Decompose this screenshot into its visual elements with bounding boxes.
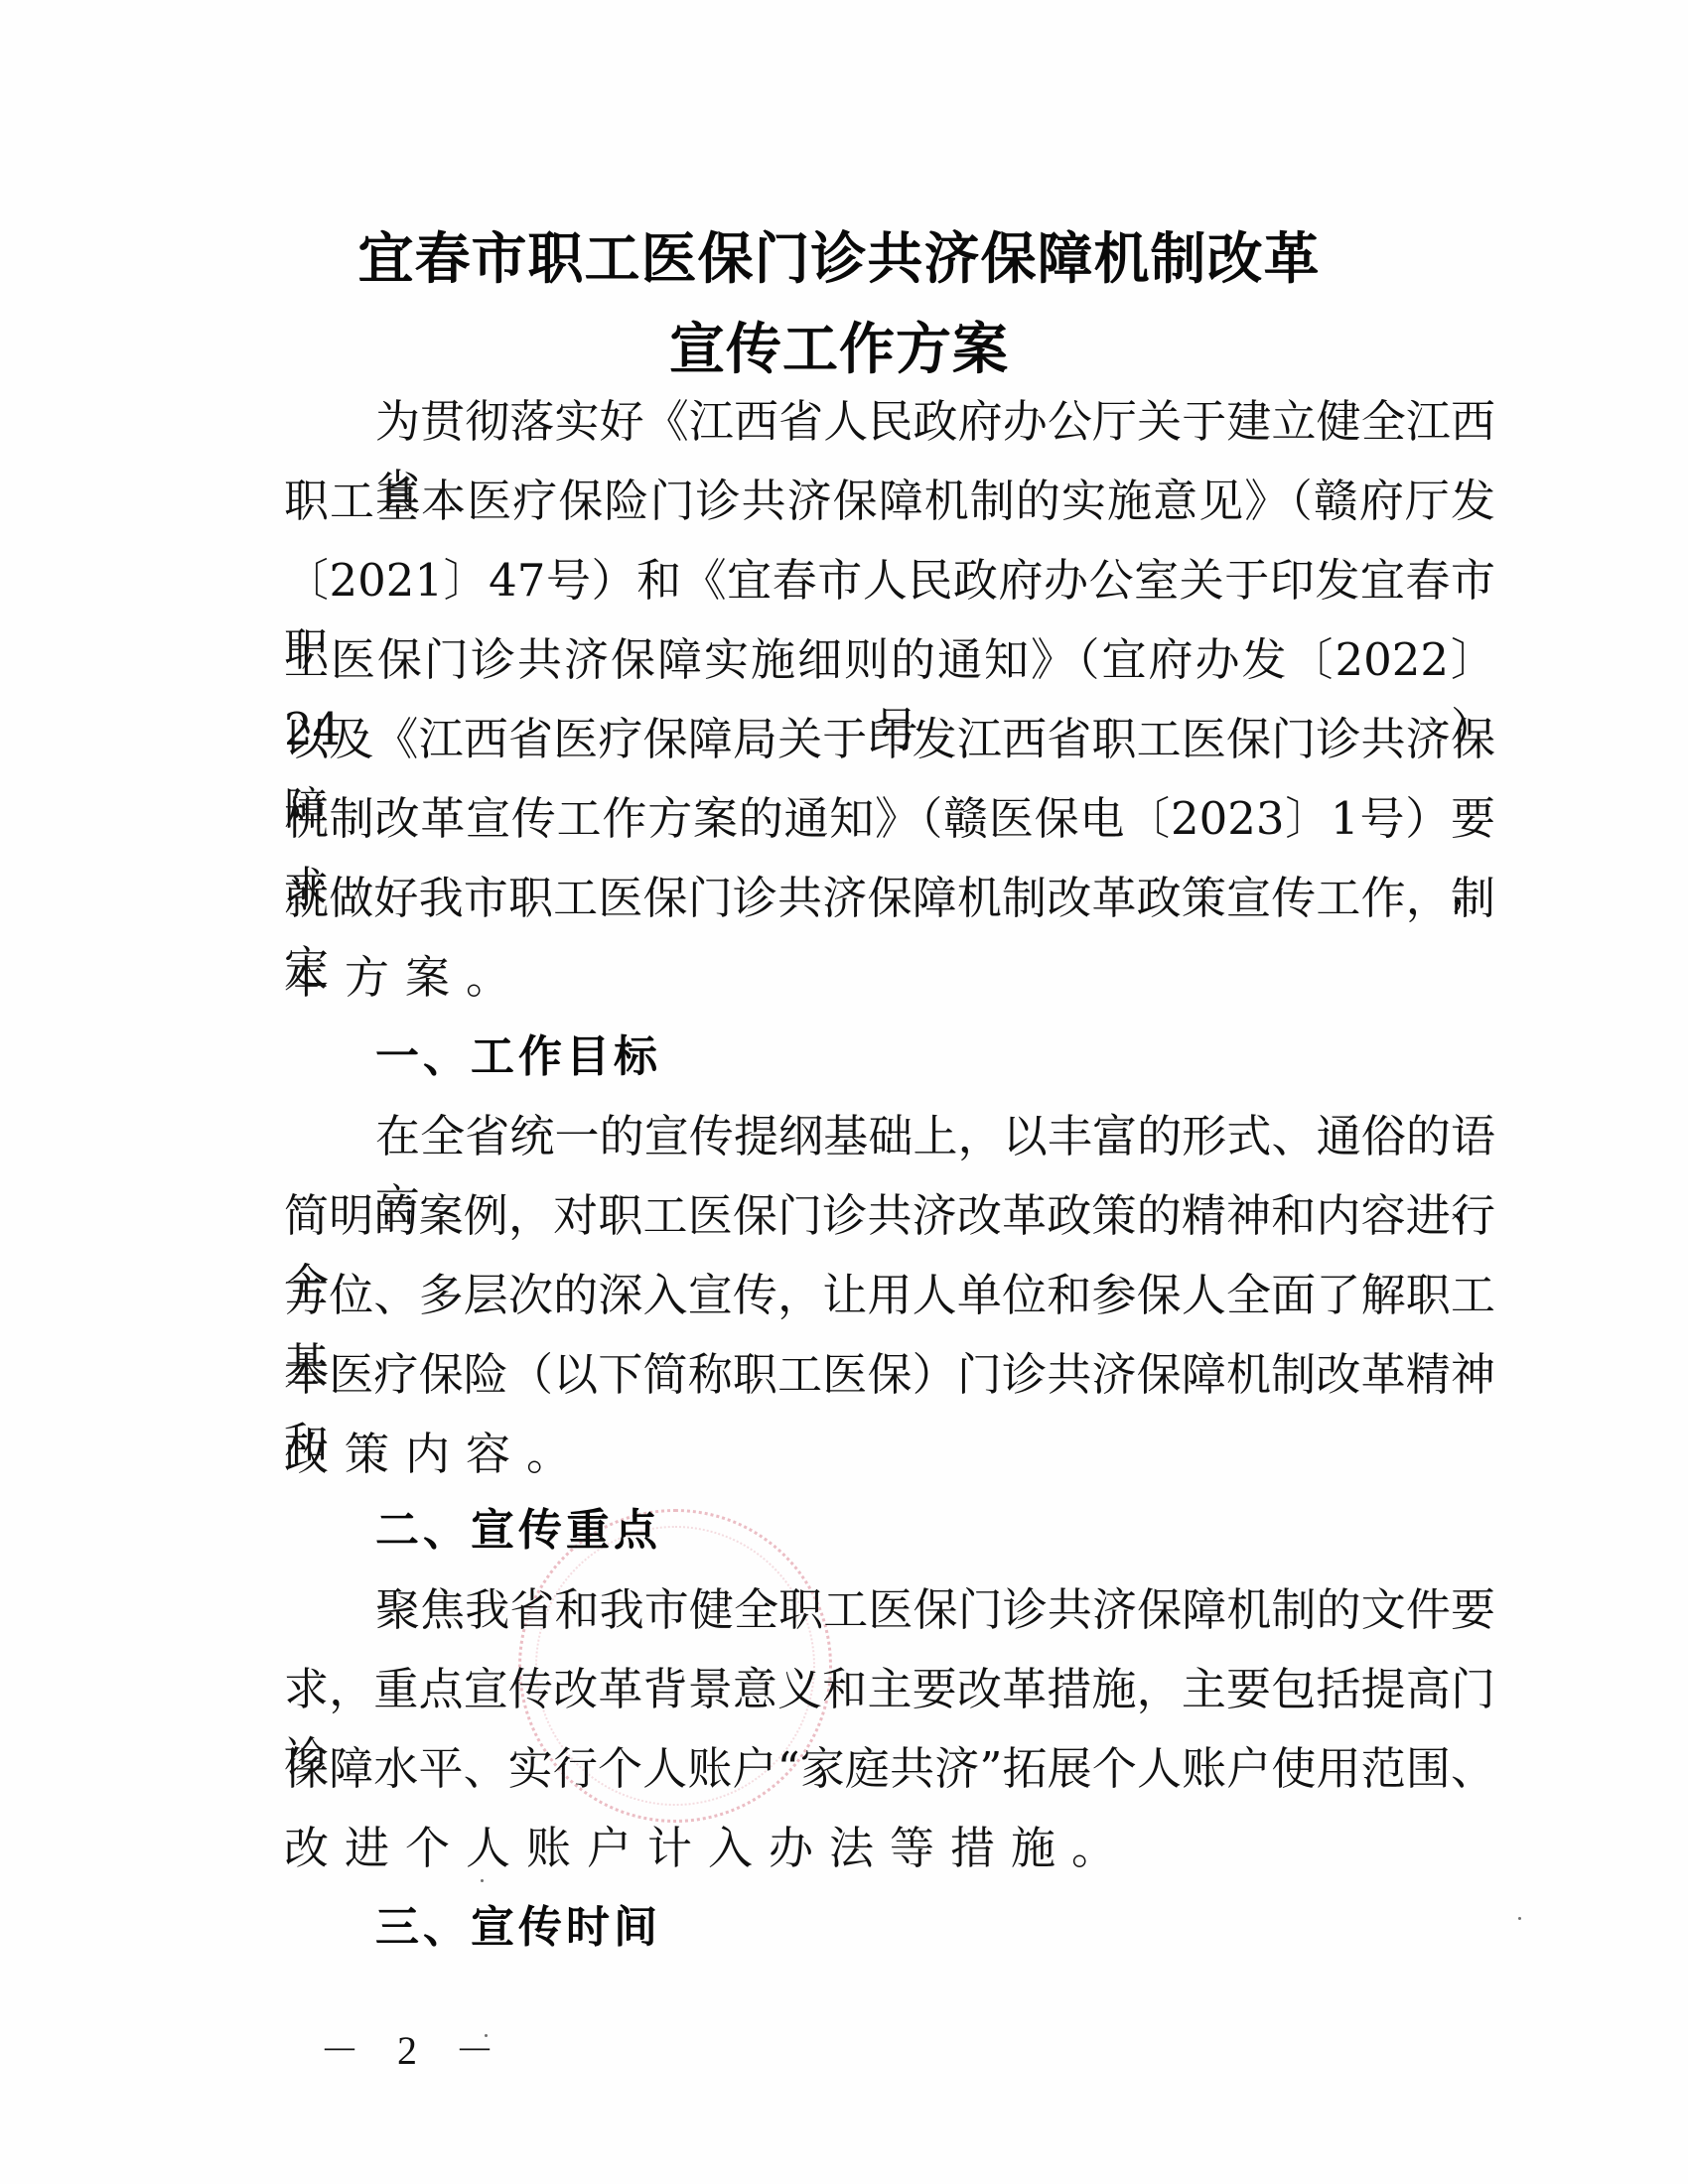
page-number: － 2 － — [320, 2023, 508, 2079]
section-2-line-3: 保障水平、实行个人账户“家庭共济”拓展个人账户使用范围、 — [284, 1734, 1495, 1804]
document-page: 宜春市职工医保门诊共济保障机制改革 宣传工作方案 为贯彻落实好《江西省人民政府办… — [0, 0, 1688, 2184]
section-2-line-2: 求，重点宣传改革背景意义和主要改革措施，主要包括提高门诊 — [284, 1655, 1495, 1724]
section-1-line-5: 政策内容。 — [284, 1420, 1495, 1489]
intro-line-3: 〔2021〕47号）和《宜春市人民政府办公室关于印发宜春市职 — [284, 546, 1495, 615]
section-1-line-4: 本医疗保险（以下简称职工医保）门诊共济保障机制改革精神和 — [284, 1340, 1495, 1410]
section-1-line-2: 简明的案例，对职工医保门诊共济改革政策的精神和内容进行全 — [284, 1181, 1495, 1251]
section-heading-publicity-focus: 二、宣传重点 — [375, 1496, 661, 1566]
intro-line-7: 就做好我市职工医保门诊共济保障机制改革政策宣传工作，制定 — [284, 864, 1495, 933]
intro-line-5: 以及《江西省医疗保障局关于印发江西省职工医保门诊共济保障 — [284, 705, 1495, 774]
document-title-line-2: 宣传工作方案 — [0, 315, 1683, 384]
intro-line-8: 本方案。 — [284, 943, 1495, 1013]
section-heading-publicity-time: 三、宣传时间 — [375, 1893, 661, 1963]
intro-line-6: 机制改革宣传工作方案的通知》（赣医保电〔2023〕1号）要求， — [284, 784, 1495, 854]
intro-line-1: 为贯彻落实好《江西省人民政府办公厅关于建立健全江西省 — [375, 387, 1495, 457]
section-1-line-3: 方位、多层次的深入宣传，让用人单位和参保人全面了解职工基 — [284, 1261, 1495, 1330]
intro-line-2: 职工基本医疗保险门诊共济保障机制的实施意见》（赣府厅发 — [284, 467, 1495, 536]
intro-line-4: 工医保门诊共济保障实施细则的通知》（宜府办发〔2022〕24号） — [284, 625, 1495, 695]
scan-speck — [1518, 1917, 1521, 1920]
section-2-line-4: 改进个人账户计入办法等措施。 — [284, 1814, 1495, 1883]
document-title-line-1: 宜春市职工医保门诊共济保障机制改革 — [0, 224, 1683, 294]
section-1-line-1: 在全省统一的宣传提纲基础上，以丰富的形式、通俗的语言、 — [375, 1102, 1495, 1171]
scan-speck — [481, 1879, 484, 1882]
section-2-line-1: 聚焦我省和我市健全职工医保门诊共济保障机制的文件要 — [375, 1575, 1495, 1645]
section-heading-work-goals: 一、工作目标 — [375, 1023, 661, 1092]
